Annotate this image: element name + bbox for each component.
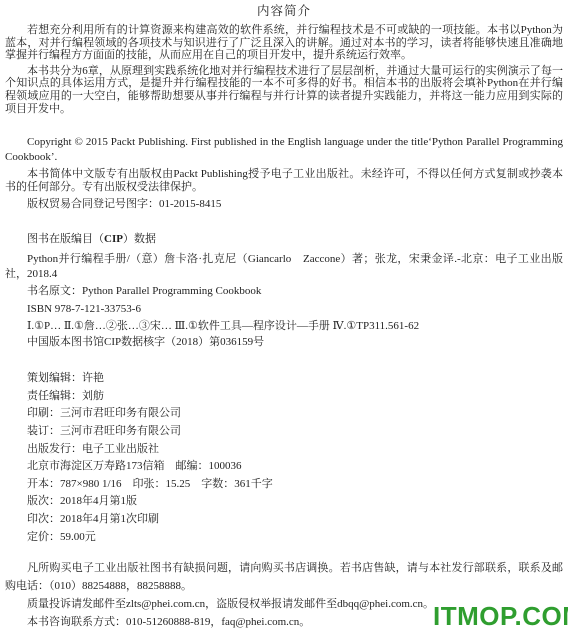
- publication-line-printer: 印刷：三河市君旺印务有限公司: [5, 405, 563, 423]
- book-copyright-page: 内容简介 若想充分利用所有的计算资源来构建高效的软件系统，并行编程技术是不可或缺…: [0, 0, 568, 631]
- intro-paragraph-1: 若想充分利用所有的计算资源来构建高效的软件系统，并行编程技术是不可或缺的一项技能…: [5, 24, 563, 62]
- footer-exchange-notice: 凡所购买电子工业出版社图书有缺损问题，请向购买书店调换。若书店售缺，请与本社发行…: [5, 559, 563, 595]
- publication-line-publisher: 出版发行：电子工业出版社: [5, 441, 563, 459]
- publication-line-print-run: 印次：2018年4月第1次印刷: [5, 511, 563, 529]
- page-title: 内容简介: [5, 3, 563, 19]
- publication-info-block: 策划编辑：许艳 责任编辑：刘舫 印刷：三河市君旺印务有限公司 装订：三河市君旺印…: [5, 370, 563, 546]
- cip-label: CIP: [104, 233, 123, 245]
- cip-original-title: 书名原文：Python Parallel Programming Cookboo…: [5, 285, 563, 298]
- publication-line-planning-editor: 策划编辑：许艳: [5, 370, 563, 388]
- cip-isbn: ISBN 978-7-121-33753-6: [5, 303, 563, 316]
- cip-entry: Python并行编程手册/（意）詹卡洛·扎克尼（Giancarlo Zaccon…: [5, 252, 563, 281]
- copyright-chinese-notice: 本书简体中文版专有出版权由Packt Publishing授予电子工业出版社。未…: [5, 168, 563, 194]
- cip-heading: 图书在版编目（CIP）数据: [5, 233, 563, 246]
- cip-record-number: 中国版本图书馆CIP数据核字（2018）第036159号: [5, 336, 563, 349]
- copyright-english-notice: Copyright © 2015 Packt Publishing. First…: [5, 135, 563, 165]
- cip-classification: Ⅰ.①P… Ⅱ.①詹…②张…③宋… Ⅲ.①软件工具—程序设计—手册 Ⅳ.①TP3…: [5, 320, 563, 333]
- copyright-registration-number: 版权贸易合同登记号图字：01-2015-8415: [5, 198, 563, 211]
- publication-line-price: 定价：59.00元: [5, 529, 563, 547]
- publication-line-binder: 装订：三河市君旺印务有限公司: [5, 423, 563, 441]
- itmop-watermark: ITMOP.COM: [433, 601, 568, 631]
- publication-line-edition: 版次：2018年4月第1版: [5, 493, 563, 511]
- cip-heading-suffix: ）数据: [123, 233, 156, 245]
- publication-line-address: 北京市海淀区万寿路173信箱 邮编：100036: [5, 458, 563, 476]
- publication-line-format: 开本：787×980 1/16 印张：15.25 字数：361千字: [5, 476, 563, 494]
- publication-line-responsible-editor: 责任编辑：刘舫: [5, 388, 563, 406]
- cip-heading-prefix: 图书在版编目（: [27, 233, 104, 245]
- intro-paragraph-2: 本书共分为6章，从原理到实践系统化地对并行编程技术进行了层层剖析，并通过大量可运…: [5, 65, 563, 115]
